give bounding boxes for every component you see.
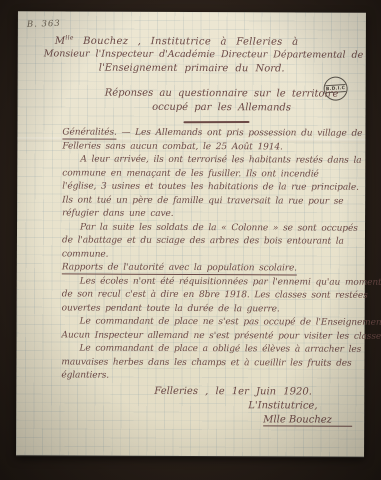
body-line-5: l'église, 3 usines et toutes les habitat…: [17, 180, 365, 195]
body-line-13: ouvertes pendant toute la durée de la gu…: [17, 302, 365, 317]
document-page: B. 363 B.D.I.C Mlle Bouchez , Institutri…: [16, 11, 366, 457]
body-line-15: Aucun Inspecteur allemand ne s'est prése…: [17, 329, 365, 344]
body-line-18: églantiers.: [16, 369, 364, 384]
body-line-12: de son recul c'est à dire en 8bre 1918. …: [17, 288, 365, 303]
title-rule: [183, 121, 249, 123]
section-heading-rapports-text: Rapports de l'autorité avec la populatio…: [62, 262, 297, 275]
addressee-line-3: l'Enseignement primaire du Nord.: [18, 62, 366, 75]
signature: Mlle Bouchez: [263, 414, 352, 426]
body-line-2: Felleries sans aucun combat, le 25 Août …: [17, 140, 365, 155]
section-heading-rapports: Rapports de l'autorité avec la populatio…: [17, 261, 365, 276]
body-line-7: réfugier dans une cave.: [17, 207, 365, 222]
addressee-name: Bouchez , Institutrice à Felleries à: [74, 36, 299, 48]
addressee-line-1: Mlle Bouchez , Institutrice à Felleries …: [55, 34, 299, 47]
addressee-title-superscript: lle: [65, 34, 73, 41]
archive-number: B. 363: [27, 19, 61, 30]
body-line-1-text: — Les Allemands ont pris possession du v…: [117, 128, 363, 139]
document-title-line-2: occupé par les Allemands: [48, 101, 381, 114]
addressee-title-prefix: M: [55, 36, 66, 47]
letter-body: Généralités. — Les Allemands ont pris po…: [16, 126, 365, 384]
photo-backdrop: B. 363 B.D.I.C Mlle Bouchez , Institutri…: [0, 0, 381, 480]
body-line-1: Généralités. — Les Allemands ont pris po…: [17, 126, 365, 141]
dateline: Felleries , le 1er Juin 1920.: [154, 386, 312, 398]
addressee-line-2: Monsieur l'Inspecteur d'Académie Directe…: [44, 48, 364, 60]
document-title-line-1: Réponses au questionnaire sur le territo…: [48, 87, 381, 100]
signature-role: L'Institutrice,: [248, 400, 317, 411]
body-line-9: de l'abattage et du sciage des arbres de…: [17, 234, 365, 249]
section-heading-generalites: Généralités.: [62, 127, 116, 139]
